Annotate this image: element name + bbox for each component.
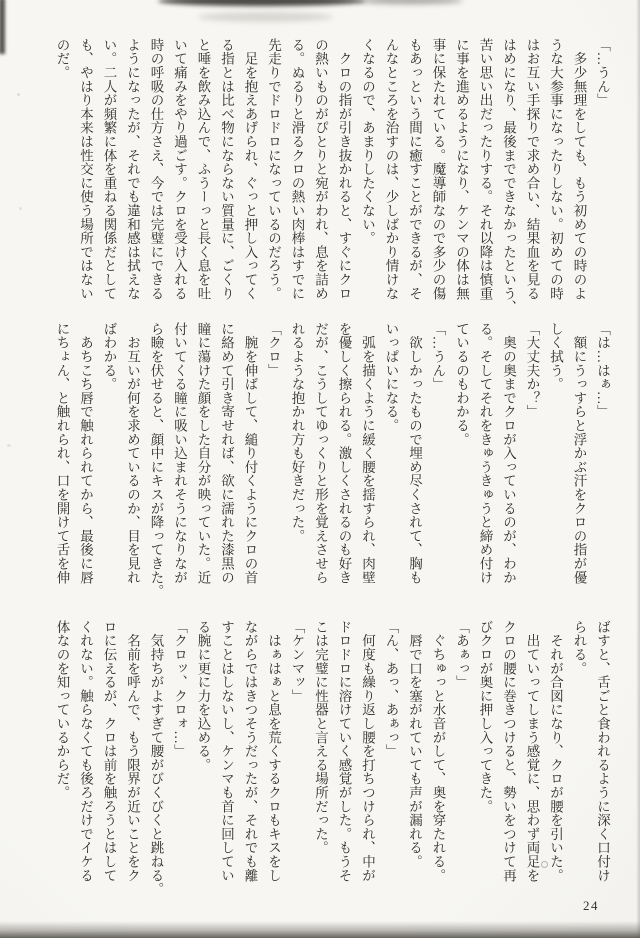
scan-smudge-top-faint — [198, 12, 333, 22]
text-column: びクロが奥に押し入ってきた。 — [473, 620, 497, 886]
book-page: 「…うん」 多少無理をしても、もう初めての時のような大参事になったりしない。初め… — [0, 0, 640, 938]
scan-smudge-top-dark — [158, 0, 365, 6]
text-column: 出ていってしまう感覚に、思わず両足を — [520, 620, 544, 886]
text-column: 「…うん」 — [591, 38, 615, 304]
text-column: クロの腰に巻きつけると、勢いをつけて再 — [497, 620, 521, 886]
text-column: に絡めて引き寄せれば、欲に濡れた漆黒の — [215, 322, 239, 588]
text-column: だが、こうしてゆっくりと形を覚えさせら — [309, 322, 333, 588]
text-column: くなるので、あまりしたくない。 — [356, 38, 380, 304]
text-column: 時の呼吸の仕方さえ、今では完璧にできる — [144, 38, 168, 304]
text-column: ロに伝えるが、クロは前を触ろうとはして — [97, 620, 121, 886]
paper-speck — [19, 207, 22, 210]
text-column: に事を進めるようになり、ケンマの体は無 — [450, 38, 474, 304]
text-column: 「大丈夫か？」 — [520, 322, 544, 588]
text-column: ら瞼を伏せると、顔中にキスが降ってきた。 — [144, 322, 168, 588]
text-column: 足を抱えあげられ、ぐっと押し入ってく — [238, 38, 262, 304]
text-column: んなところを治すのは、少しばかり情けな — [379, 38, 403, 304]
text-column: の熱いものがぴとりと宛がわれ、息を詰め — [309, 38, 333, 304]
paper-speck — [17, 93, 20, 96]
text-column: 「クロ」 — [262, 322, 286, 588]
text-column: くれない。触らなくても後ろだけでイケる — [74, 620, 98, 886]
text-column: る腕に更に力を込める。 — [191, 620, 215, 886]
text-column: にちょん、と触れられ、口を開けて舌を伸 — [50, 322, 74, 588]
text-column: ぐちゅっと水音がして、奥を穿たれる。 — [426, 620, 450, 886]
text-column: あちこち唇で触れられてから、最後に唇 — [74, 322, 98, 588]
text-column: 唇で口を塞がれていても声が漏れる。 — [403, 620, 427, 886]
text-column: はお互い手探りで求め合い、結果血を見る — [520, 38, 544, 304]
text-column: クロの指が引き抜かれると、すぐにクロ — [332, 38, 356, 304]
text-column: ているのもわかる。 — [450, 322, 474, 588]
scan-shadow-bottom — [0, 921, 640, 938]
scan-shadow-right — [636, 0, 640, 938]
text-column: 何度も繰り返し腰を打ちつけられ、中が — [356, 620, 380, 886]
text-column: られる。 — [567, 620, 591, 886]
text-column: ようになったが、それでも違和感は拭えな — [121, 38, 145, 304]
text-column: 付いてくる瞳に吸い込まれそうになりなが — [168, 322, 192, 588]
text-column: れるような抱かれ方も好きだった。 — [285, 322, 309, 588]
text-column: る。そしてそれをきゅうきゅうと締め付け — [473, 322, 497, 588]
text-column: 「ん、あっ、あぁっ」 — [379, 620, 403, 886]
text-column: お互いが何を求めているのか、目を見れ — [121, 322, 145, 588]
text-column: いて痛みをやり過ごす。クロを受け入れる — [168, 38, 192, 304]
text-column: それが合図になり、クロが腰を引いた。 — [544, 620, 568, 886]
text-column: を優しく擦られる。激しくされるのも好き — [332, 322, 356, 588]
text-column: 名前を呼んで、もう限界が近いことをク — [121, 620, 145, 886]
text-column: もあっという間に癒すことができるが、そ — [403, 38, 427, 304]
page-number: 24 — [583, 898, 599, 914]
text-column: も、やはり本来は性交に使う場所ではない — [74, 38, 98, 304]
text-column: 瞳に蕩けた顔をした自分が映っていた。近 — [191, 322, 215, 588]
paper-speck — [7, 444, 11, 447]
text-block-middle: 「は…はぁ…」 額にうっすらと浮かぶ汗をクロの指が優しく拭う。「大丈夫か？」 奥… — [48, 322, 614, 588]
text-column: 弧を描くように緩く腰を揺すられ、肉壁 — [356, 322, 380, 588]
text-column: 体なのを知っているからだ。 — [50, 620, 74, 886]
text-column: のだ。 — [50, 38, 74, 304]
text-column: 多少無理をしても、もう初めての時のよ — [567, 38, 591, 304]
text-column: 「あぁっ」 — [450, 620, 474, 886]
text-column: と唾を飲み込んで、ふうーっと長く息を吐 — [191, 38, 215, 304]
text-column: うな大参事になったりしない。初めての時 — [544, 38, 568, 304]
text-block-top: 「…うん」 多少無理をしても、もう初めての時のような大参事になったりしない。初め… — [48, 38, 614, 304]
text-column: はぁはぁと息を荒くするクロもキスをし — [262, 620, 286, 886]
text-column: 気持ちがよすぎて腰がびくびくと跳ねる。 — [144, 620, 168, 886]
text-column: ドロドロに溶けていく感覚がした。もうそ — [332, 620, 356, 886]
text-column: る。ぬるりと滑るクロの熱い肉棒はすでに — [285, 38, 309, 304]
text-column: しく拭う。 — [544, 322, 568, 588]
text-block-bottom: ばすと、舌ごと食われるように深く口付けられる。 それが合図になり、クロが腰を引い… — [48, 620, 614, 886]
text-column: いっぱいになる。 — [379, 322, 403, 588]
text-column: 「ケンマッ」 — [285, 620, 309, 886]
text-column: 「クロッ、クロォ…」 — [168, 620, 192, 886]
text-column: 「…うん」 — [426, 322, 450, 588]
text-column: 欲しかったもので埋め尽くされて、胸も — [403, 322, 427, 588]
text-column: ながらではきつそうだったが、それでも離 — [238, 620, 262, 886]
text-column: 「は…はぁ…」 — [591, 322, 615, 588]
scan-smudge-top-mid — [358, 0, 463, 4]
text-column: ばわかる。 — [97, 322, 121, 588]
text-column: 苦い思い出だったりする。それ以降は慎重 — [473, 38, 497, 304]
scan-mark-top-left — [0, 0, 5, 54]
text-column: い。二人が頻繁に体を重ねる関係だとして — [97, 38, 121, 304]
text-column: ばすと、舌ごと食われるように深く口付け — [591, 620, 615, 886]
text-column: 腕を伸ばして、縋り付くようにクロの首 — [238, 322, 262, 588]
text-column: 先走りでドロドロになっているのだろう。 — [262, 38, 286, 304]
text-column: 額にうっすらと浮かぶ汗をクロの指が優 — [567, 322, 591, 588]
text-column: はめになり、最後までできなかったという、 — [497, 38, 521, 304]
text-column: る指とは比べ物にならない質量に、ごくり — [215, 38, 239, 304]
text-column: すことはしないし、ケンマも首に回してい — [215, 620, 239, 886]
text-column: こは完璧に性器と言える場所だった。 — [309, 620, 333, 886]
text-column: 奥の奥までクロが入っているのが、わか — [497, 322, 521, 588]
text-column: 事に保たれている。魔導師なので多少の傷 — [426, 38, 450, 304]
